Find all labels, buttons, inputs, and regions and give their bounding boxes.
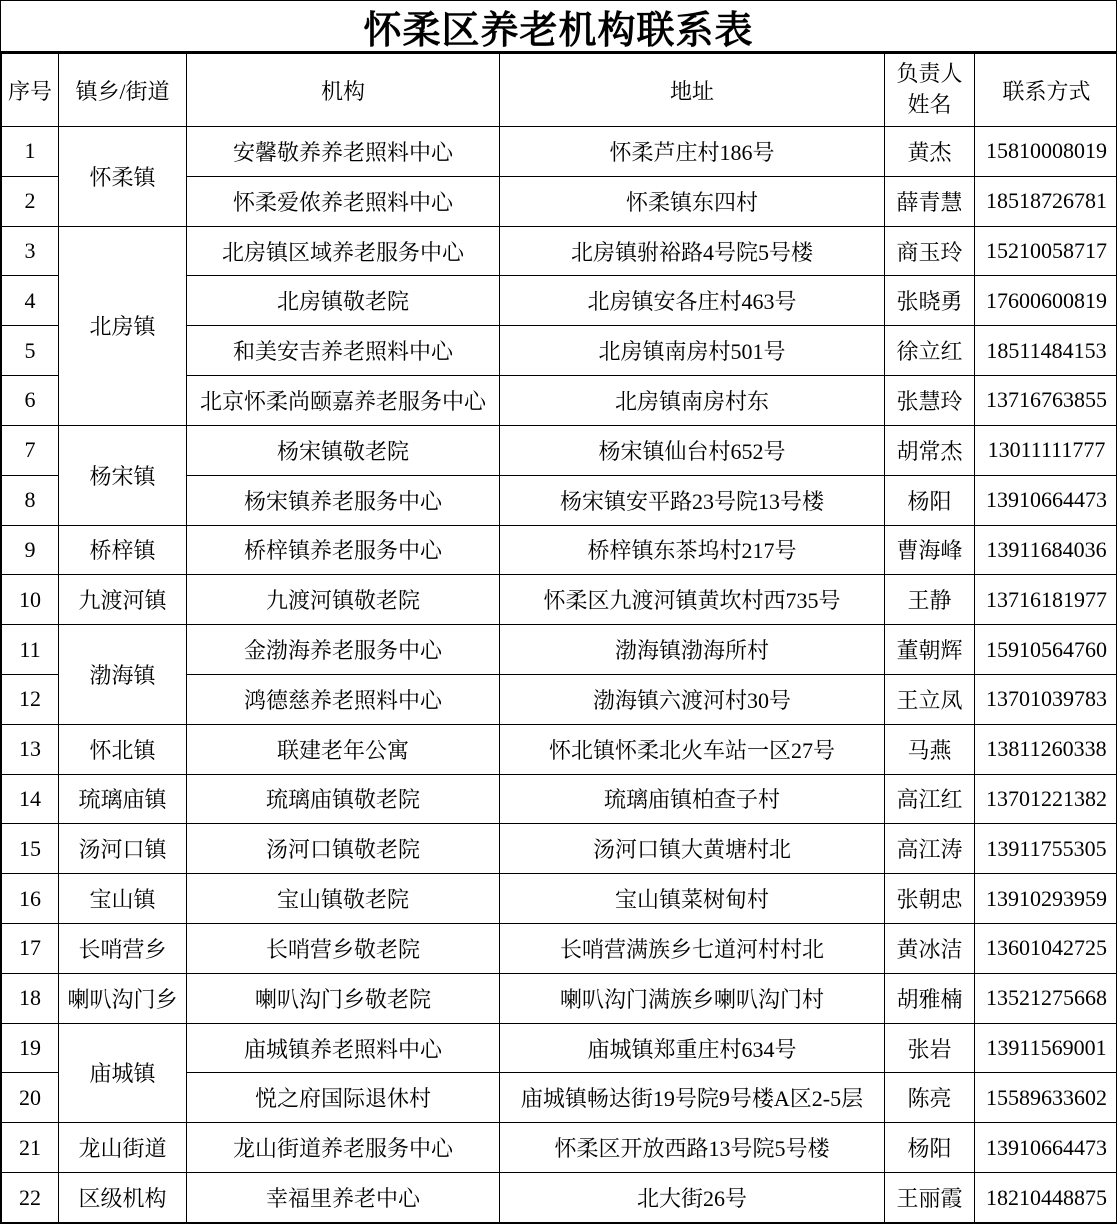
cell-org: 北京怀柔尚颐嘉养老服务中心 [187,376,500,426]
cell-org: 长哨营乡敬老院 [187,924,500,974]
cell-person: 张岩 [885,1023,975,1073]
cell-town: 庙城镇 [59,1023,187,1123]
table-row: 13怀北镇联建老年公寓怀北镇怀柔北火车站一区27号马燕13811260338 [2,724,1117,774]
cell-town: 长哨营乡 [59,924,187,974]
cell-serial: 21 [2,1123,59,1173]
cell-phone: 18518726781 [975,176,1117,226]
table-row: 21龙山街道龙山街道养老服务中心怀柔区开放西路13号院5号楼杨阳13910664… [2,1123,1117,1173]
cell-serial: 22 [2,1173,59,1223]
contact-table: 序号 镇乡/街道 机构 地址 负责人姓名 联系方式 1怀柔镇安馨敬养养老照料中心… [1,53,1117,1223]
cell-serial: 13 [2,724,59,774]
cell-addr: 怀柔区开放西路13号院5号楼 [500,1123,885,1173]
cell-town: 宝山镇 [59,874,187,924]
table-row: 11渤海镇金渤海养老服务中心渤海镇渤海所村董朝辉15910564760 [2,625,1117,675]
cell-person: 王立凤 [885,674,975,724]
cell-phone: 13910664473 [975,1123,1117,1173]
cell-town: 琉璃庙镇 [59,774,187,824]
cell-phone: 15589633602 [975,1073,1117,1123]
cell-phone: 13716181977 [975,575,1117,625]
cell-addr: 北房镇安各庄村463号 [500,276,885,326]
table-row: 16宝山镇宝山镇敬老院宝山镇菜树甸村张朝忠13910293959 [2,874,1117,924]
cell-serial: 3 [2,226,59,276]
cell-addr: 北大街26号 [500,1173,885,1223]
cell-phone: 13011111777 [975,425,1117,475]
table-row: 9桥梓镇桥梓镇养老服务中心桥梓镇东茶坞村217号曹海峰13911684036 [2,525,1117,575]
cell-phone: 18511484153 [975,326,1117,376]
cell-person: 商玉玲 [885,226,975,276]
cell-phone: 13811260338 [975,724,1117,774]
table-header: 序号 镇乡/街道 机构 地址 负责人姓名 联系方式 [2,54,1117,127]
cell-serial: 1 [2,127,59,177]
table-row: 19庙城镇庙城镇养老照料中心庙城镇郑重庄村634号张岩13911569001 [2,1023,1117,1073]
table-row: 14琉璃庙镇琉璃庙镇敬老院琉璃庙镇柏查子村高江红13701221382 [2,774,1117,824]
header-addr: 地址 [500,54,885,127]
table-row: 18喇叭沟门乡喇叭沟门乡敬老院喇叭沟门满族乡喇叭沟门村胡雅楠1352127566… [2,973,1117,1023]
header-town: 镇乡/街道 [59,54,187,127]
cell-org: 杨宋镇敬老院 [187,425,500,475]
cell-person: 董朝辉 [885,625,975,675]
cell-addr: 琉璃庙镇柏查子村 [500,774,885,824]
cell-phone: 18210448875 [975,1173,1117,1223]
cell-org: 幸福里养老中心 [187,1173,500,1223]
cell-org: 庙城镇养老照料中心 [187,1023,500,1073]
cell-serial: 18 [2,973,59,1023]
cell-person: 杨阳 [885,475,975,525]
cell-org: 和美安吉养老照料中心 [187,326,500,376]
cell-addr: 渤海镇六渡河村30号 [500,674,885,724]
cell-person: 徐立红 [885,326,975,376]
cell-addr: 汤河口镇大黄塘村北 [500,824,885,874]
cell-addr: 北房镇驸裕路4号院5号楼 [500,226,885,276]
cell-phone: 15810008019 [975,127,1117,177]
cell-serial: 17 [2,924,59,974]
table-row: 17长哨营乡长哨营乡敬老院长哨营满族乡七道河村村北黄冰洁13601042725 [2,924,1117,974]
cell-phone: 13911684036 [975,525,1117,575]
cell-town: 渤海镇 [59,625,187,725]
cell-phone: 13910293959 [975,874,1117,924]
cell-town: 怀北镇 [59,724,187,774]
cell-town: 喇叭沟门乡 [59,973,187,1023]
table-row: 7杨宋镇杨宋镇敬老院杨宋镇仙台村652号胡常杰13011111777 [2,425,1117,475]
cell-person: 王静 [885,575,975,625]
cell-serial: 5 [2,326,59,376]
cell-person: 黄杰 [885,127,975,177]
cell-serial: 12 [2,674,59,724]
cell-person: 胡常杰 [885,425,975,475]
cell-org: 北房镇敬老院 [187,276,500,326]
cell-phone: 13701221382 [975,774,1117,824]
cell-person: 王丽霞 [885,1173,975,1223]
cell-phone: 17600600819 [975,276,1117,326]
cell-addr: 怀柔芦庄村186号 [500,127,885,177]
header-person: 负责人姓名 [885,54,975,127]
page-title: 怀柔区养老机构联系表 [1,1,1116,53]
cell-serial: 6 [2,376,59,426]
cell-town: 龙山街道 [59,1123,187,1173]
cell-org: 安馨敬养养老照料中心 [187,127,500,177]
table-row: 22区级机构幸福里养老中心北大街26号王丽霞18210448875 [2,1173,1117,1223]
cell-addr: 杨宋镇安平路23号院13号楼 [500,475,885,525]
cell-person: 薛青慧 [885,176,975,226]
cell-person: 胡雅楠 [885,973,975,1023]
cell-serial: 7 [2,425,59,475]
cell-addr: 怀柔区九渡河镇黄坎村西735号 [500,575,885,625]
cell-serial: 4 [2,276,59,326]
cell-org: 龙山街道养老服务中心 [187,1123,500,1173]
cell-addr: 宝山镇菜树甸村 [500,874,885,924]
cell-org: 北房镇区域养老服务中心 [187,226,500,276]
cell-org: 喇叭沟门乡敬老院 [187,973,500,1023]
cell-town: 北房镇 [59,226,187,425]
header-org: 机构 [187,54,500,127]
cell-serial: 14 [2,774,59,824]
cell-phone: 15210058717 [975,226,1117,276]
cell-person: 黄冰洁 [885,924,975,974]
cell-serial: 10 [2,575,59,625]
cell-org: 鸿德慈养老照料中心 [187,674,500,724]
cell-org: 怀柔爱侬养老照料中心 [187,176,500,226]
cell-serial: 2 [2,176,59,226]
cell-addr: 杨宋镇仙台村652号 [500,425,885,475]
cell-serial: 16 [2,874,59,924]
cell-town: 杨宋镇 [59,425,187,525]
cell-addr: 庙城镇郑重庄村634号 [500,1023,885,1073]
header-serial: 序号 [2,54,59,127]
cell-person: 曹海峰 [885,525,975,575]
cell-addr: 长哨营满族乡七道河村村北 [500,924,885,974]
cell-org: 悦之府国际退休村 [187,1073,500,1123]
cell-org: 汤河口镇敬老院 [187,824,500,874]
contact-table-sheet: 怀柔区养老机构联系表 序号 镇乡/街道 机构 地址 负责人姓名 联系方式 1怀柔… [0,0,1117,1224]
cell-addr: 桥梓镇东茶坞村217号 [500,525,885,575]
cell-serial: 19 [2,1023,59,1073]
cell-phone: 13910664473 [975,475,1117,525]
table-row: 1怀柔镇安馨敬养养老照料中心怀柔芦庄村186号黄杰15810008019 [2,127,1117,177]
cell-addr: 北房镇南房村东 [500,376,885,426]
cell-org: 九渡河镇敬老院 [187,575,500,625]
cell-serial: 15 [2,824,59,874]
cell-person: 张慧玲 [885,376,975,426]
cell-phone: 13701039783 [975,674,1117,724]
cell-person: 张朝忠 [885,874,975,924]
cell-phone: 13911755305 [975,824,1117,874]
cell-org: 桥梓镇养老服务中心 [187,525,500,575]
cell-addr: 渤海镇渤海所村 [500,625,885,675]
cell-person: 陈亮 [885,1073,975,1123]
cell-town: 怀柔镇 [59,127,187,227]
table-body: 1怀柔镇安馨敬养养老照料中心怀柔芦庄村186号黄杰158100080192怀柔爱… [2,127,1117,1223]
table-row: 3北房镇北房镇区域养老服务中心北房镇驸裕路4号院5号楼商玉玲1521005871… [2,226,1117,276]
cell-serial: 20 [2,1073,59,1123]
cell-person: 杨阳 [885,1123,975,1173]
cell-serial: 9 [2,525,59,575]
cell-serial: 11 [2,625,59,675]
cell-town: 九渡河镇 [59,575,187,625]
cell-org: 宝山镇敬老院 [187,874,500,924]
cell-addr: 怀北镇怀柔北火车站一区27号 [500,724,885,774]
header-phone: 联系方式 [975,54,1117,127]
table-row: 15汤河口镇汤河口镇敬老院汤河口镇大黄塘村北高江涛13911755305 [2,824,1117,874]
cell-org: 琉璃庙镇敬老院 [187,774,500,824]
cell-town: 汤河口镇 [59,824,187,874]
cell-town: 区级机构 [59,1173,187,1223]
cell-person: 张晓勇 [885,276,975,326]
cell-addr: 喇叭沟门满族乡喇叭沟门村 [500,973,885,1023]
cell-phone: 13521275668 [975,973,1117,1023]
table-row: 10九渡河镇九渡河镇敬老院怀柔区九渡河镇黄坎村西735号王静1371618197… [2,575,1117,625]
cell-town: 桥梓镇 [59,525,187,575]
cell-person: 高江红 [885,774,975,824]
cell-person: 马燕 [885,724,975,774]
cell-addr: 怀柔镇东四村 [500,176,885,226]
cell-phone: 13911569001 [975,1023,1117,1073]
cell-serial: 8 [2,475,59,525]
cell-person: 高江涛 [885,824,975,874]
cell-addr: 庙城镇畅达街19号院9号楼A区2-5层 [500,1073,885,1123]
cell-org: 联建老年公寓 [187,724,500,774]
header-row: 序号 镇乡/街道 机构 地址 负责人姓名 联系方式 [2,54,1117,127]
cell-org: 金渤海养老服务中心 [187,625,500,675]
cell-addr: 北房镇南房村501号 [500,326,885,376]
cell-org: 杨宋镇养老服务中心 [187,475,500,525]
cell-phone: 13601042725 [975,924,1117,974]
cell-phone: 15910564760 [975,625,1117,675]
cell-phone: 13716763855 [975,376,1117,426]
